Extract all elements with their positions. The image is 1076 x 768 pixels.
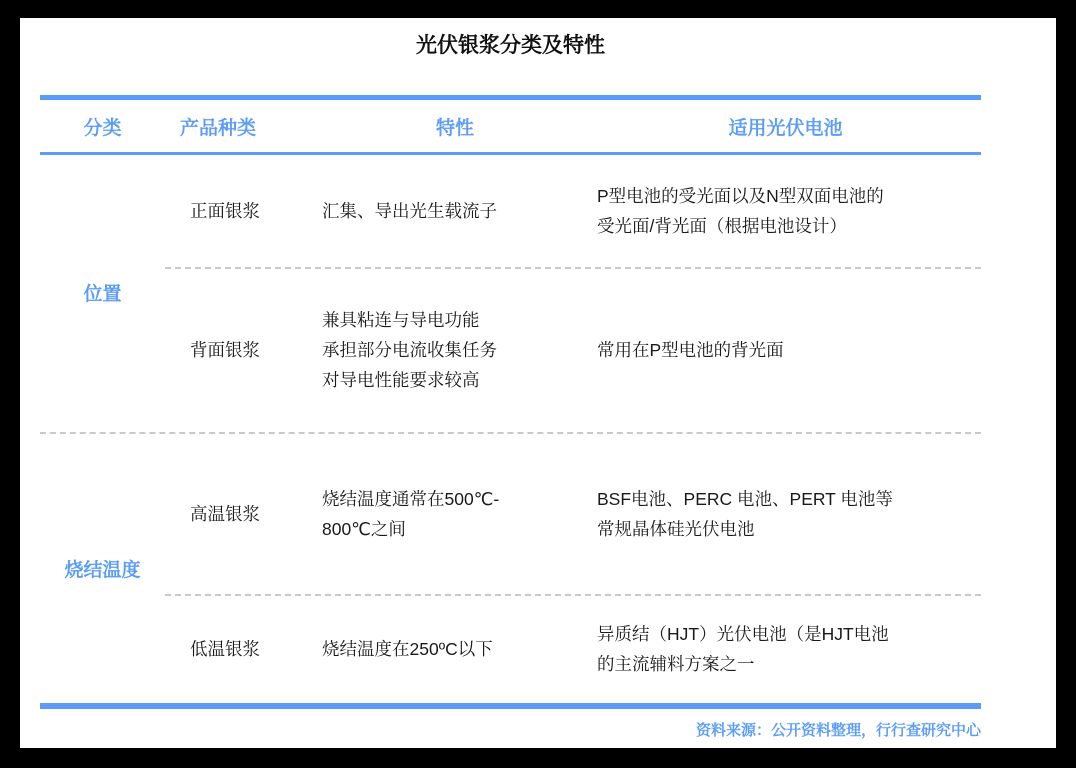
table-cell-product: 低温银浆 xyxy=(190,597,320,701)
row-divider xyxy=(165,594,981,596)
bottom-rule xyxy=(40,703,981,709)
table-cell-applicable: 异质结（HJT）光伏电池（是HJT电池 的主流辅料方案之一 xyxy=(597,597,981,701)
group-divider xyxy=(40,432,981,434)
column-header-product: 产品种类 xyxy=(180,104,335,148)
table-cell-feature: 汇集、导出光生载流子 xyxy=(322,155,590,267)
group-label-sintering-temp: 烧结温度 xyxy=(40,435,165,701)
top-rule xyxy=(40,95,981,100)
data-source-note: 资料来源：公开资料整理，行行查研究中心 xyxy=(40,720,981,742)
row-divider xyxy=(165,267,981,269)
table-cell-applicable: P型电池的受光面以及N型双面电池的 受光面/背光面（根据电池设计） xyxy=(597,155,981,267)
table-cell-applicable: 常用在P型电池的背光面 xyxy=(597,270,981,430)
table-cell-feature: 烧结温度通常在500℃- 800℃之间 xyxy=(322,435,590,593)
column-header-category: 分类 xyxy=(40,104,165,148)
page-title: 光伏银浆分类及特性 xyxy=(40,33,981,59)
table-cell-feature: 兼具粘连与导电功能 承担部分电流收集任务 对导电性能要求较高 xyxy=(322,270,590,430)
table-cell-feature: 烧结温度在250ºC以下 xyxy=(322,597,590,701)
table-cell-product: 背面银浆 xyxy=(190,270,320,430)
column-header-feature: 特性 xyxy=(320,104,590,148)
slide-frame: 光伏银浆分类及特性 分类 产品种类 特性 适用光伏电池 位置 烧结温度 正面银浆… xyxy=(0,0,1076,768)
table-cell-applicable: BSF电池、PERC 电池、PERT 电池等 常规晶体硅光伏电池 xyxy=(597,435,981,593)
group-label-position: 位置 xyxy=(40,155,165,430)
table-page: 光伏银浆分类及特性 分类 产品种类 特性 适用光伏电池 位置 烧结温度 正面银浆… xyxy=(20,18,1056,748)
column-header-applicable: 适用光伏电池 xyxy=(590,104,981,148)
table-cell-product: 正面银浆 xyxy=(190,155,320,267)
table-cell-product: 高温银浆 xyxy=(190,435,320,593)
